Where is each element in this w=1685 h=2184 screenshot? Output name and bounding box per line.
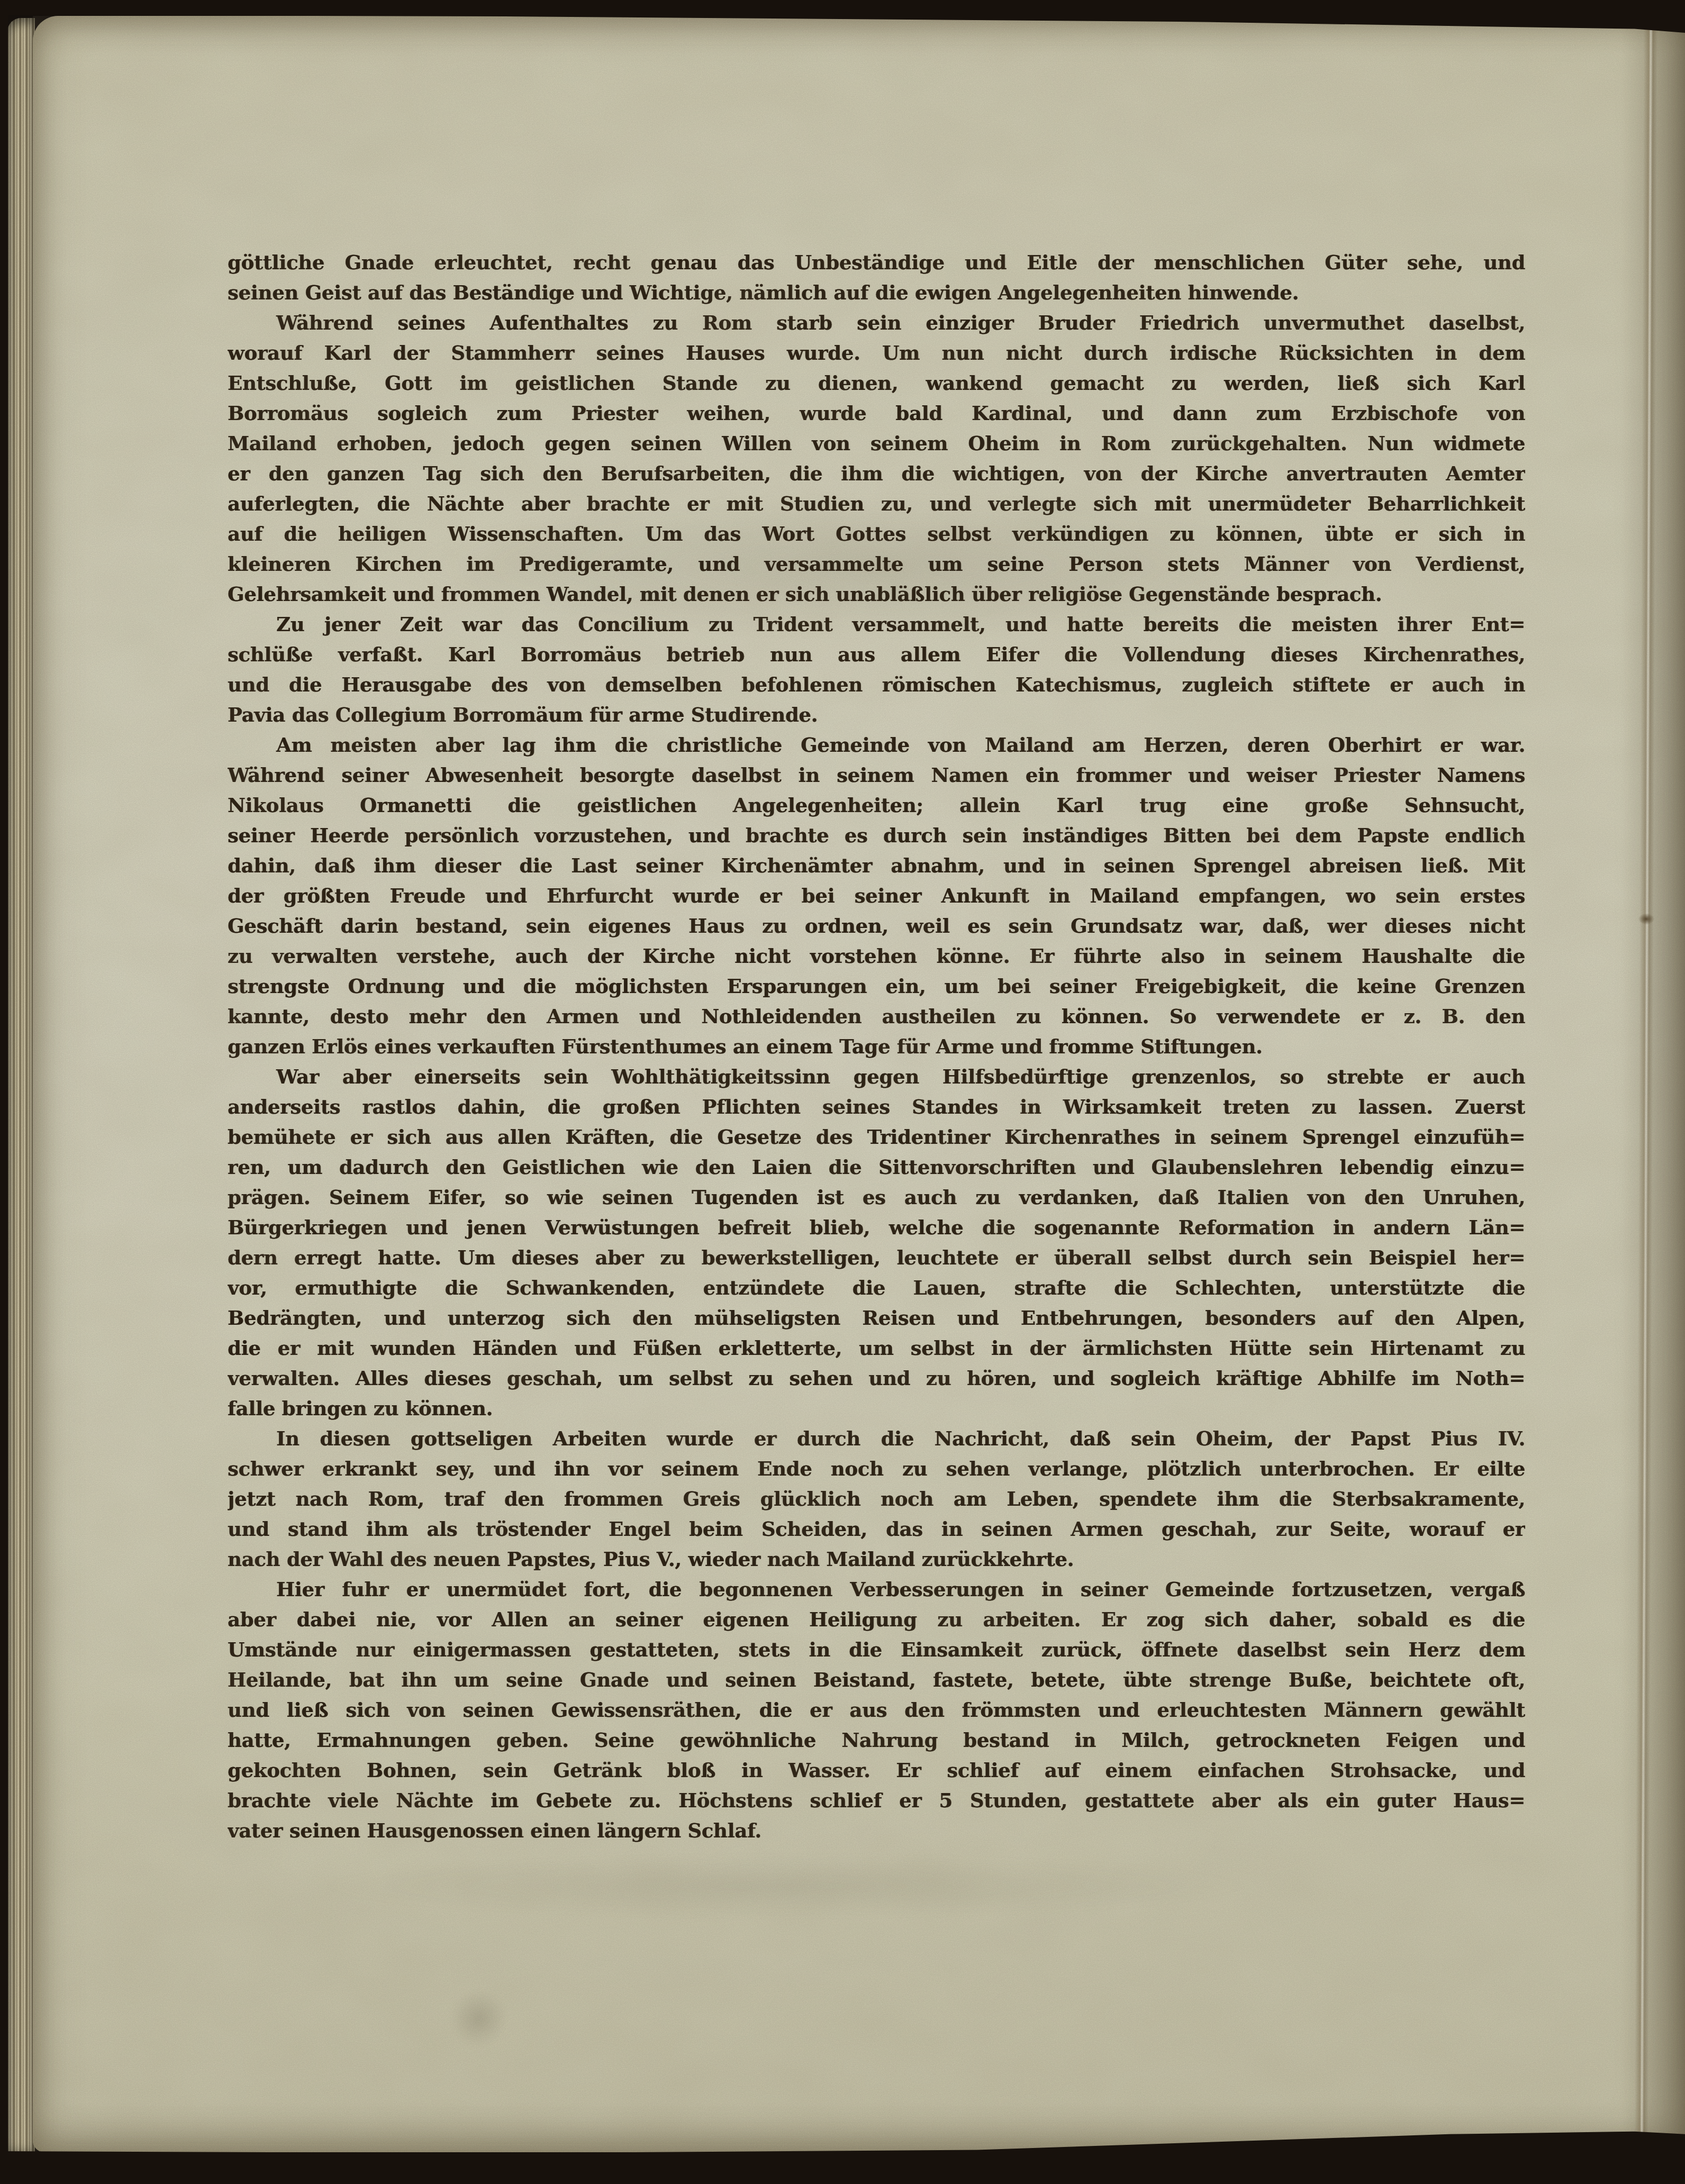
text-line: auferlegten, die Nächte aber brachte er … xyxy=(228,489,1525,519)
paragraph: In diesen gottseligen Arbeiten wurde er … xyxy=(228,1424,1525,1575)
text-line: kannte, desto mehr den Armen und Nothlei… xyxy=(228,1002,1525,1032)
text-line: dahin, daß ihm dieser die Last seiner Ki… xyxy=(228,851,1525,881)
scan-background-left xyxy=(0,0,8,2184)
text-line: Hier fuhr er unermüdet fort, die begonne… xyxy=(228,1575,1525,1605)
text-line: bemühete er sich aus allen Kräften, die … xyxy=(228,1122,1525,1152)
text-line: vor, ermuthigte die Schwankenden, entzün… xyxy=(228,1273,1525,1303)
paragraph: War aber einerseits sein Wohlthätigkeits… xyxy=(228,1062,1525,1424)
text-line: Heilande, bat ihn um seine Gnade und sei… xyxy=(228,1665,1525,1695)
text-line: seinen Geist auf das Beständige und Wich… xyxy=(228,278,1525,308)
text-line: und stand ihm als tröstender Engel beim … xyxy=(228,1514,1525,1544)
text-line: ren, um dadurch den Geistlichen wie den … xyxy=(228,1152,1525,1182)
text-line: verwalten. Alles dieses geschah, um selb… xyxy=(228,1363,1525,1394)
text-line: Zu jener Zeit war das Concilium zu Tride… xyxy=(228,609,1525,640)
text-line: gekochten Bohnen, sein Getränk bloß in W… xyxy=(228,1755,1525,1786)
text-line: schwer erkrankt sey, und ihn vor seinem … xyxy=(228,1454,1525,1484)
text-line: Pavia das Collegium Borromäum für arme S… xyxy=(228,700,1525,730)
text-line: aber dabei nie, vor Allen an seiner eige… xyxy=(228,1605,1525,1635)
text-line: vater seinen Hausgenossen einen längern … xyxy=(228,1816,1525,1846)
text-line: Während seiner Abwesenheit besorgte dase… xyxy=(228,760,1525,790)
sewing-thread xyxy=(1635,911,1657,927)
text-line: Mailand erhoben, jedoch gegen seinen Wil… xyxy=(228,429,1525,459)
text-line: auf die heiligen Wissenschaften. Um das … xyxy=(228,519,1525,549)
text-line: der größten Freude und Ehrfurcht wurde e… xyxy=(228,881,1525,911)
text-line: worauf Karl der Stammherr seines Hauses … xyxy=(228,338,1525,368)
text-line: ganzen Erlös eines verkauften Fürstenthu… xyxy=(228,1032,1525,1062)
text-line: dern erregt hatte. Um dieses aber zu bew… xyxy=(228,1243,1525,1273)
paragraph: Am meisten aber lag ihm die christliche … xyxy=(228,730,1525,1062)
text-line: Während seines Aufenthaltes zu Rom starb… xyxy=(228,308,1525,338)
text-line: War aber einerseits sein Wohlthätigkeits… xyxy=(228,1062,1525,1092)
text-line: er den ganzen Tag sich den Berufsarbeite… xyxy=(228,459,1525,489)
text-line: seiner Heerde persönlich vorzustehen, un… xyxy=(228,821,1525,851)
text-line: und die Herausgabe des von demselben bef… xyxy=(228,670,1525,700)
text-line: falle bringen zu können. xyxy=(228,1394,1525,1424)
text-line: Nikolaus Ormanetti die geistlichen Angel… xyxy=(228,790,1525,821)
text-line: Borromäus sogleich zum Priester weihen, … xyxy=(228,398,1525,429)
page-edge-stack xyxy=(7,18,35,2159)
text-line: In diesen gottseligen Arbeiten wurde er … xyxy=(228,1424,1525,1454)
text-line: Geschäft darin bestand, sein eigenes Hau… xyxy=(228,911,1525,941)
text-line: Entschluße, Gott im geistlichen Stande z… xyxy=(228,368,1525,398)
text-line: strengste Ordnung und die möglichsten Er… xyxy=(228,971,1525,1002)
text-line: Bedrängten, und unterzog sich den mühsel… xyxy=(228,1303,1525,1333)
paragraph: Während seines Aufenthaltes zu Rom starb… xyxy=(228,308,1525,609)
text-line: nach der Wahl des neuen Papstes, Pius V.… xyxy=(228,1544,1525,1575)
text-line: prägen. Seinem Eifer, so wie seinen Tuge… xyxy=(228,1182,1525,1213)
text-line: brachte viele Nächte im Gebete zu. Höchs… xyxy=(228,1786,1525,1816)
paragraph: göttliche Gnade erleuchtet, recht genau … xyxy=(228,248,1525,308)
text-line: hatte, Ermahnungen geben. Seine gewöhnli… xyxy=(228,1725,1525,1755)
paragraph: Zu jener Zeit war das Concilium zu Tride… xyxy=(228,609,1525,730)
text-line: Am meisten aber lag ihm die christliche … xyxy=(228,730,1525,760)
text-line: Gelehrsamkeit und frommen Wandel, mit de… xyxy=(228,579,1525,609)
text-line: jetzt nach Rom, traf den frommen Greis g… xyxy=(228,1484,1525,1514)
text-line: Bürgerkriegen und jenen Verwüstungen bef… xyxy=(228,1213,1525,1243)
text-line: und ließ sich von seinen Gewissensräthen… xyxy=(228,1695,1525,1725)
text-block: göttliche Gnade erleuchtet, recht genau … xyxy=(228,248,1525,1846)
text-line: kleineren Kirchen im Predigeramte, und v… xyxy=(228,549,1525,579)
scanned-book-page: göttliche Gnade erleuchtet, recht genau … xyxy=(0,0,1685,2184)
text-line: zu verwalten verstehe, auch der Kirche n… xyxy=(228,941,1525,971)
text-line: die er mit wunden Händen und Füßen erkle… xyxy=(228,1333,1525,1363)
text-line: göttliche Gnade erleuchtet, recht genau … xyxy=(228,248,1525,278)
text-line: Umstände nur einigermassen gestatteten, … xyxy=(228,1635,1525,1665)
text-line: schlüße verfaßt. Karl Borromäus betrieb … xyxy=(228,640,1525,670)
paragraph: Hier fuhr er unermüdet fort, die begonne… xyxy=(228,1575,1525,1846)
text-line: anderseits rastlos dahin, die großen Pfl… xyxy=(228,1092,1525,1122)
